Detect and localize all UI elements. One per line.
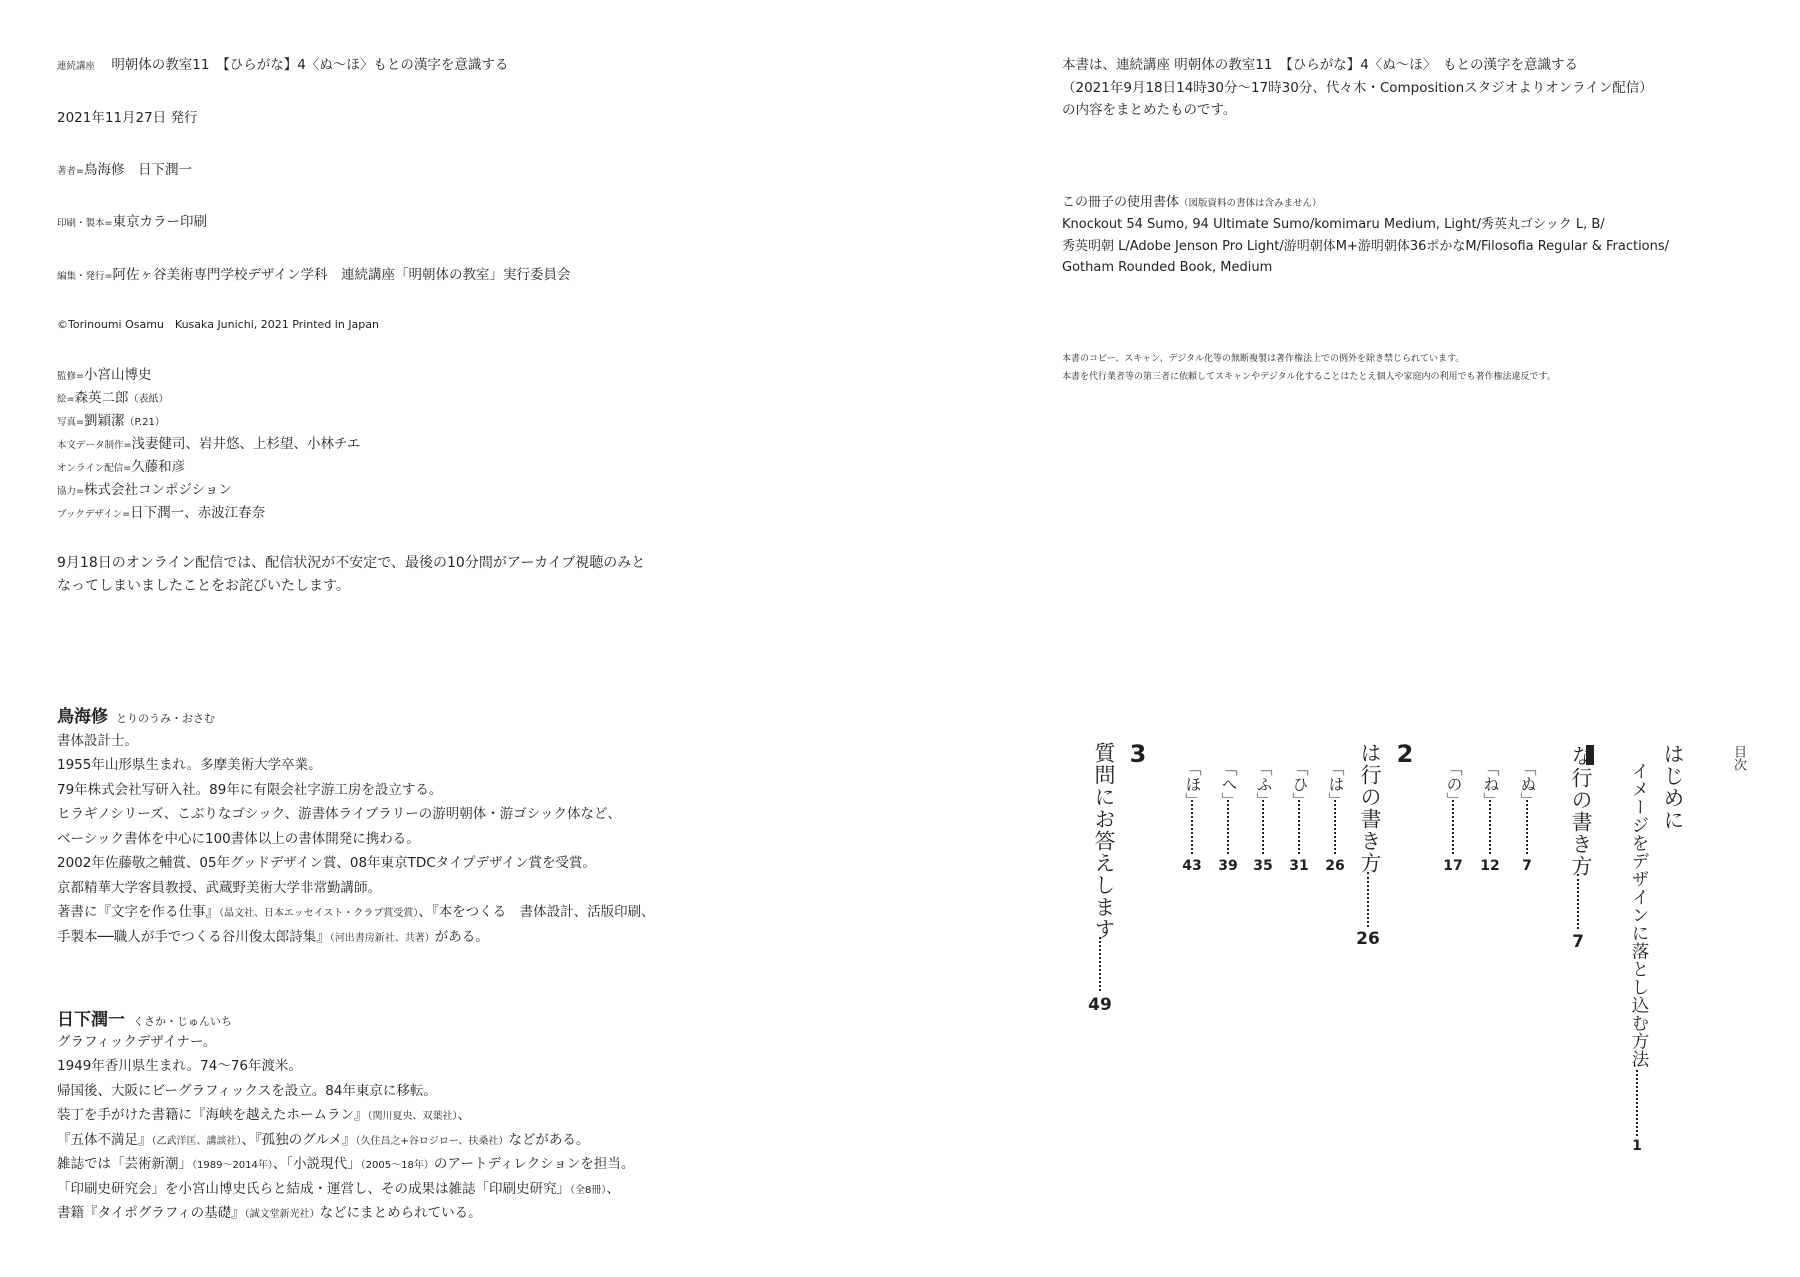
fonts-line: Knockout 54 Sumo, 94 Ultimate Sumo/komim…: [1062, 217, 1605, 233]
bio-line: 雑誌では「芸術新潮」（1989〜2014年）、「小説現代」（2005〜18年）の…: [57, 1156, 634, 1174]
bio-text: 書体設計士。: [57, 733, 138, 749]
credit-photo: 写真=劉穎潔（P.21）: [57, 413, 165, 431]
about-line: 本書は、連続講座 明朝体の教室11 【ひらがな】4〈ぬ〜ほ〉 もとの漢字を意識す…: [1062, 57, 1578, 73]
toc-page-number: 49: [1088, 995, 1112, 1015]
bio-note: （久住昌之+谷ロジロー、扶桑社）: [355, 1136, 508, 1147]
fonts-heading: この冊子の使用書体（図版資料の書体は含みません）: [1062, 195, 1322, 212]
toc-page-number: 1: [1632, 1138, 1642, 1154]
credit-label: 写真=: [57, 417, 84, 428]
toc-page-number: 31: [1289, 858, 1308, 874]
toc-title: 目次: [1729, 745, 1748, 771]
bio-heading: 鳥海修とりのうみ・おさむ: [57, 702, 215, 727]
bio-text: ベーシック書体を中心に100書体以上の書体開発に携わる。: [57, 831, 420, 847]
bio-line: 「印刷史研究会」を小宮山博史氏らと結成・運営し、その成果は雑誌「印刷史研究」（全…: [57, 1181, 620, 1199]
apology-line: 9月18日のオンライン配信では、配信状況が不安定で、最後の10分間がアーカイブ視…: [57, 555, 645, 571]
bio-note: （全8冊）: [570, 1185, 606, 1196]
about-line: の内容をまとめたものです。: [1062, 102, 1236, 118]
bio-text: がある。: [435, 929, 489, 945]
chapter-number-2: 2: [1397, 740, 1414, 768]
bio-note: （乙武洋匡、講談社）: [152, 1136, 242, 1147]
bio-text: 「印刷史研究会」を小宮山博史氏らと結成・運営し、その成果は雑誌「印刷史研究」: [57, 1181, 570, 1197]
bio-line: ヒラギノシリーズ、こぶりなゴシック、游書体ライブラリーの游明朝体・游ゴシック体な…: [57, 806, 621, 822]
bio-line: ベーシック書体を中心に100書体以上の書体開発に携わる。: [57, 831, 420, 847]
leader-dots: [1227, 800, 1229, 854]
credit-note: （表紙）: [128, 394, 168, 405]
publisher-line: 編集・発行=阿佐ヶ谷美術専門学校デザイン学科 連続講座「明朝体の教室」実行委員会: [57, 267, 571, 285]
bio-line: 帰国後、大阪にビーグラフィックスを設立。84年東京に移転。: [57, 1083, 437, 1099]
bio-line: 装丁を手がけた書籍に『海峡を越えたホームラン』（関川夏央、双葉社）、: [57, 1107, 471, 1125]
bio-text: 手製本──職人が手でつくる谷川俊太郎詩集』: [57, 929, 330, 945]
bio-text: 書籍『タイポグラフィの基礎』: [57, 1205, 245, 1221]
legal-line: 本書のコピー、スキャン、デジタル化等の無断複製は著作権法上での例外を除き禁じられ…: [1062, 351, 1464, 364]
author-line: 著者=鳥海修 日下潤一: [57, 162, 192, 180]
credit-illustration: 絵=森英二郎（表紙）: [57, 390, 168, 408]
toc-chapter-title[interactable]: 質問にお答えします: [1089, 742, 1119, 940]
bio-line: 『五体不満足』（乙武洋匡、講談社）、『孤独のグルメ』（久住昌之+谷ロジロー、扶桑…: [57, 1132, 589, 1150]
credit-value: 浅妻健司、岩井悠、上杉望、小林チエ: [131, 436, 360, 452]
legal-line: 本書を代行業者等の第三者に依頼してスキャンやデジタル化することはたとえ個人や家庭…: [1062, 369, 1556, 382]
bio-note: （関川夏央、双葉社）: [368, 1111, 458, 1122]
bio-text: のアートディレクションを担当。: [434, 1156, 634, 1172]
credit-label: 絵=: [57, 394, 74, 405]
bio-name: 日下潤一: [57, 1010, 125, 1030]
bio-line: グラフィックデザイナー。: [57, 1034, 216, 1050]
series-line: 連続講座 明朝体の教室11 【ひらがな】4〈ぬ〜ほ〉もとの漢字を意識する: [57, 57, 508, 75]
issue-date: 2021年11月27日 発行: [57, 110, 198, 126]
leader-dots: [1099, 937, 1101, 991]
toc-page-number: 17: [1443, 858, 1462, 874]
leader-dots: [1367, 872, 1369, 927]
bio-text: 、: [606, 1181, 620, 1197]
author-label: 著者=: [57, 166, 84, 177]
bio-line: 書籍『タイポグラフィの基礎』（誠文堂新光社）などにまとめられている。: [57, 1205, 482, 1223]
leader-dots: [1298, 800, 1300, 854]
bio-kana: とりのうみ・おさむ: [116, 712, 215, 725]
credit-label: 監修=: [57, 371, 84, 382]
bio-note: （晶文社、日本エッセイスト・クラブ賞受賞）: [219, 908, 418, 919]
bio-note: （2005〜18年）: [361, 1160, 434, 1171]
printer-value: 東京カラー印刷: [112, 214, 207, 230]
bio-text: 1955年山形県生まれ。多摩美術大学卒業。: [57, 757, 322, 773]
bio-heading: 日下潤一くさか・じゅんいち: [57, 1005, 232, 1030]
bio-line: 1949年香川県生まれ。74〜76年渡米。: [57, 1058, 302, 1074]
credit-value: 森英二郎: [74, 390, 128, 406]
publisher-label: 編集・発行=: [57, 271, 112, 282]
toc-chapter-title[interactable]: は行の書き方: [1355, 742, 1385, 874]
credit-book-design: ブックデザイン=日下潤一、赤波江春奈: [57, 505, 265, 523]
toc-intro-subtitle[interactable]: イメージをデザインに落とし込む方法: [1627, 762, 1652, 1068]
toc-page-number: 43: [1182, 858, 1201, 874]
chapter-number-3: 3: [1130, 740, 1147, 768]
bio-note: （誠文堂新光社）: [245, 1209, 320, 1220]
toc-page-number: 7: [1572, 932, 1584, 952]
credit-text-data: 本文データ制作=浅妻健司、岩井悠、上杉望、小林チエ: [57, 436, 360, 454]
bio-text: 、: [458, 1107, 472, 1123]
fonts-heading-note: （図版資料の書体は含みません）: [1179, 198, 1322, 209]
bio-text: 京都精華大学客員教授、武蔵野美術大学非常勤講師。: [57, 880, 381, 896]
toc-page-number: 12: [1480, 858, 1499, 874]
toc-chapter-title[interactable]: な行の書き方: [1566, 745, 1596, 877]
series-title: 明朝体の教室11 【ひらがな】4〈ぬ〜ほ〉もとの漢字を意識する: [111, 57, 508, 73]
fonts-line: 秀英明朝 L/Adobe Jenson Pro Light/游明朝体M+游明朝体…: [1062, 239, 1669, 255]
printer-label: 印刷・製本=: [57, 218, 112, 229]
toc-page-number: 39: [1218, 858, 1237, 874]
copyright-line: ©Torinoumi Osamu Kusaka Junichi, 2021 Pr…: [57, 318, 379, 332]
bio-line: 1955年山形県生まれ。多摩美術大学卒業。: [57, 757, 322, 773]
bio-text: 1949年香川県生まれ。74〜76年渡米。: [57, 1058, 302, 1074]
bio-text: 帰国後、大阪にビーグラフィックスを設立。84年東京に移転。: [57, 1083, 437, 1099]
leader-dots: [1526, 800, 1528, 854]
toc-intro-title[interactable]: はじめに: [1658, 743, 1688, 831]
bio-note: （1989〜2014年）: [192, 1160, 273, 1171]
bio-text: ヒラギノシリーズ、こぶりなゴシック、游書体ライブラリーの游明朝体・游ゴシック体な…: [57, 806, 621, 822]
bio-text: 、『孤独のグルメ』: [242, 1132, 356, 1148]
bio-name: 鳥海修: [57, 707, 108, 727]
credit-label: 協力=: [57, 486, 84, 497]
bio-note: （河出書房新社、共著）: [330, 933, 435, 944]
fonts-heading-text: この冊子の使用書体: [1062, 195, 1179, 210]
credit-supervision: 監修=小宮山博史: [57, 367, 151, 385]
credit-value: 劉穎潔: [84, 413, 125, 429]
bio-line: 手製本──職人が手でつくる谷川俊太郎詩集』（河出書房新社、共著）がある。: [57, 929, 489, 947]
credit-online: オンライン配信=久藤和彦: [57, 459, 185, 477]
toc-page-number: 7: [1522, 858, 1532, 874]
bio-text: 、『本をつくる 書体設計、活版印刷、: [418, 904, 654, 920]
credit-label: オンライン配信=: [57, 463, 131, 474]
leader-dots: [1334, 800, 1336, 854]
printer-line: 印刷・製本=東京カラー印刷: [57, 214, 207, 232]
credit-label: ブックデザイン=: [57, 509, 130, 520]
bio-text: などがある。: [508, 1132, 589, 1148]
toc-page-number: 26: [1356, 929, 1380, 949]
credit-value: 久藤和彦: [131, 459, 185, 475]
toc-page-number: 35: [1253, 858, 1272, 874]
credit-value: 小宮山博史: [84, 367, 152, 383]
bio-line: 京都精華大学客員教授、武蔵野美術大学非常勤講師。: [57, 880, 381, 896]
apology-line: なってしまいましたことをお詫びいたします。: [57, 578, 350, 594]
leader-dots: [1262, 800, 1264, 854]
about-line: （2021年9月18日14時30分〜17時30分、代々木・Composition…: [1062, 80, 1653, 96]
bio-text: グラフィックデザイナー。: [57, 1034, 216, 1050]
credit-cooperation: 協力=株式会社コンポジション: [57, 482, 232, 500]
bio-text: 79年株式会社写研入社。89年に有限会社字游工房を設立する。: [57, 782, 442, 798]
bio-line: 79年株式会社写研入社。89年に有限会社字游工房を設立する。: [57, 782, 442, 798]
leader-dots: [1489, 800, 1491, 854]
credit-value: 日下潤一、赤波江春奈: [130, 505, 265, 521]
bio-text: などにまとめられている。: [320, 1205, 482, 1221]
publisher-value: 阿佐ヶ谷美術専門学校デザイン学科 連続講座「明朝体の教室」実行委員会: [112, 267, 570, 283]
leader-dots: [1577, 874, 1579, 929]
fonts-line: Gotham Rounded Book, Medium: [1062, 260, 1272, 276]
bio-line: 書体設計士。: [57, 733, 138, 749]
bio-line: 2002年佐藤敬之輔賞、05年グッドデザイン賞、08年東京TDCタイプデザイン賞…: [57, 855, 596, 871]
bio-text: 、「小説現代」: [273, 1156, 361, 1172]
credit-label: 本文データ制作=: [57, 440, 131, 451]
leader-dots: [1636, 1070, 1638, 1136]
credit-note: （P.21）: [124, 417, 164, 428]
bio-text: 著書に『文字を作る仕事』: [57, 904, 219, 920]
bio-text: 雑誌では「芸術新潮」: [57, 1156, 192, 1172]
leader-dots: [1191, 800, 1193, 854]
bio-text: 装丁を手がけた書籍に『海峡を越えたホームラン』: [57, 1107, 368, 1123]
bio-text: 『五体不満足』: [57, 1132, 152, 1148]
toc-page-number: 26: [1325, 858, 1344, 874]
credit-value: 株式会社コンポジション: [84, 482, 232, 498]
bio-text: 2002年佐藤敬之輔賞、05年グッドデザイン賞、08年東京TDCタイプデザイン賞…: [57, 855, 596, 871]
bio-line: 著書に『文字を作る仕事』（晶文社、日本エッセイスト・クラブ賞受賞）、『本をつくる…: [57, 904, 655, 922]
bio-kana: くさか・じゅんいち: [133, 1015, 232, 1028]
series-label: 連続講座: [57, 61, 95, 72]
author-value: 鳥海修 日下潤一: [84, 162, 192, 178]
leader-dots: [1452, 800, 1454, 854]
